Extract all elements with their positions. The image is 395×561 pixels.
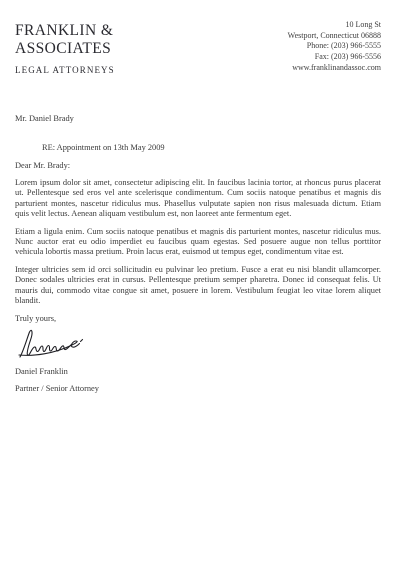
website-line: www.franklinandassoc.com (288, 63, 381, 74)
firm-tagline: LEGAL ATTORNEYS (15, 65, 115, 75)
address-line2: Westport, Connecticut 06888 (288, 31, 381, 42)
firm-brand: FRANKLIN & ASSOCIATES LEGAL ATTORNEYS (15, 20, 115, 75)
contact-block: 10 Long St Westport, Connecticut 06888 P… (288, 20, 381, 74)
letterhead: FRANKLIN & ASSOCIATES LEGAL ATTORNEYS 10… (15, 20, 381, 75)
firm-name-line1: FRANKLIN & (15, 22, 115, 40)
fax-line: Fax: (203) 966-5556 (288, 52, 381, 63)
signer-title: Partner / Senior Attorney (15, 383, 381, 394)
body-paragraph-3: Integer ultricies sem id orci sollicitud… (15, 265, 381, 307)
recipient-name: Mr. Daniel Brady (15, 113, 381, 124)
phone-line: Phone: (203) 966-5555 (288, 41, 381, 52)
body-paragraph-1: Lorem ipsum dolor sit amet, consectetur … (15, 178, 381, 220)
address-line1: 10 Long St (288, 20, 381, 31)
handwritten-signature (16, 328, 381, 362)
signature-icon (16, 328, 88, 362)
signer-name: Daniel Franklin (15, 366, 381, 377)
salutation: Dear Mr. Brady: (15, 160, 381, 171)
body-paragraph-2: Etiam a ligula enim. Cum sociis natoque … (15, 227, 381, 258)
letter-page: FRANKLIN & ASSOCIATES LEGAL ATTORNEYS 10… (0, 0, 395, 561)
firm-name-line2: ASSOCIATES (15, 40, 115, 58)
subject-line: RE: Appointment on 13th May 2009 (42, 142, 381, 153)
closing-phrase: Truly yours, (15, 313, 381, 324)
